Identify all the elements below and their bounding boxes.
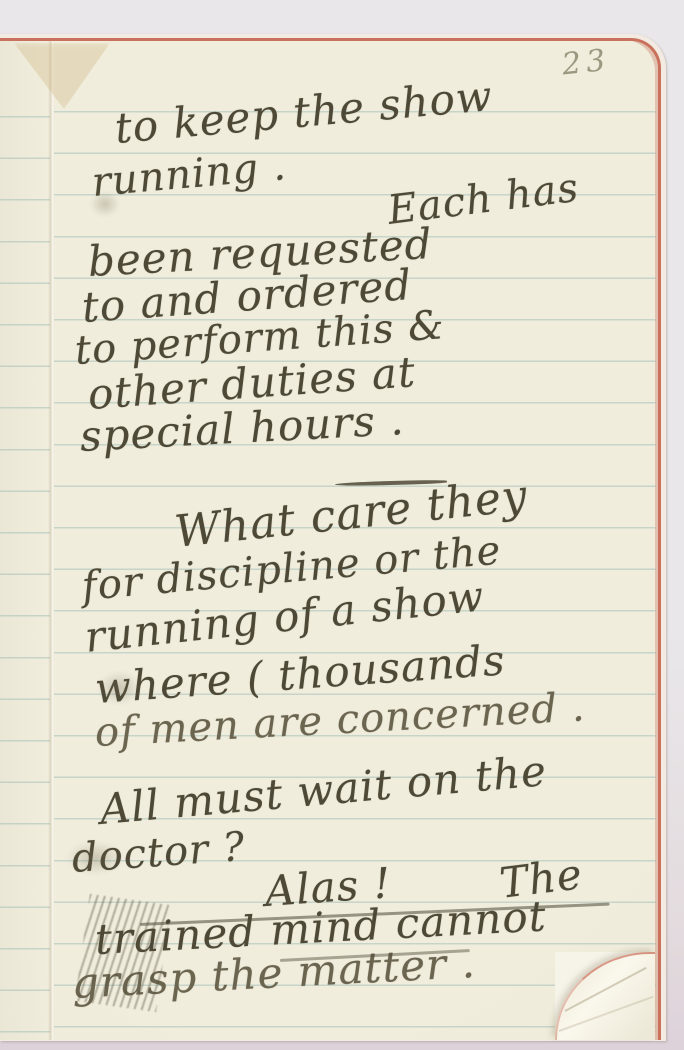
curl-crease-line <box>559 996 654 1032</box>
gutter-ruled-lines <box>0 116 50 1040</box>
ink-smudge <box>66 841 124 875</box>
page-corner-curl <box>555 952 655 1040</box>
handwritten-line: All must wait on the <box>98 750 548 831</box>
binding-gutter <box>0 41 54 1040</box>
ink-blot <box>75 894 171 1012</box>
photo-background: 23 to keep the show running . Each has b… <box>0 0 684 1050</box>
page-number: 23 <box>560 43 612 83</box>
ink-smudge <box>98 671 140 705</box>
notebook-page: 23 to keep the show running . Each has b… <box>0 38 661 1040</box>
gutter-crease <box>48 41 54 1040</box>
ink-smudge <box>90 191 120 217</box>
handwritten-line: to keep the show <box>113 75 494 150</box>
